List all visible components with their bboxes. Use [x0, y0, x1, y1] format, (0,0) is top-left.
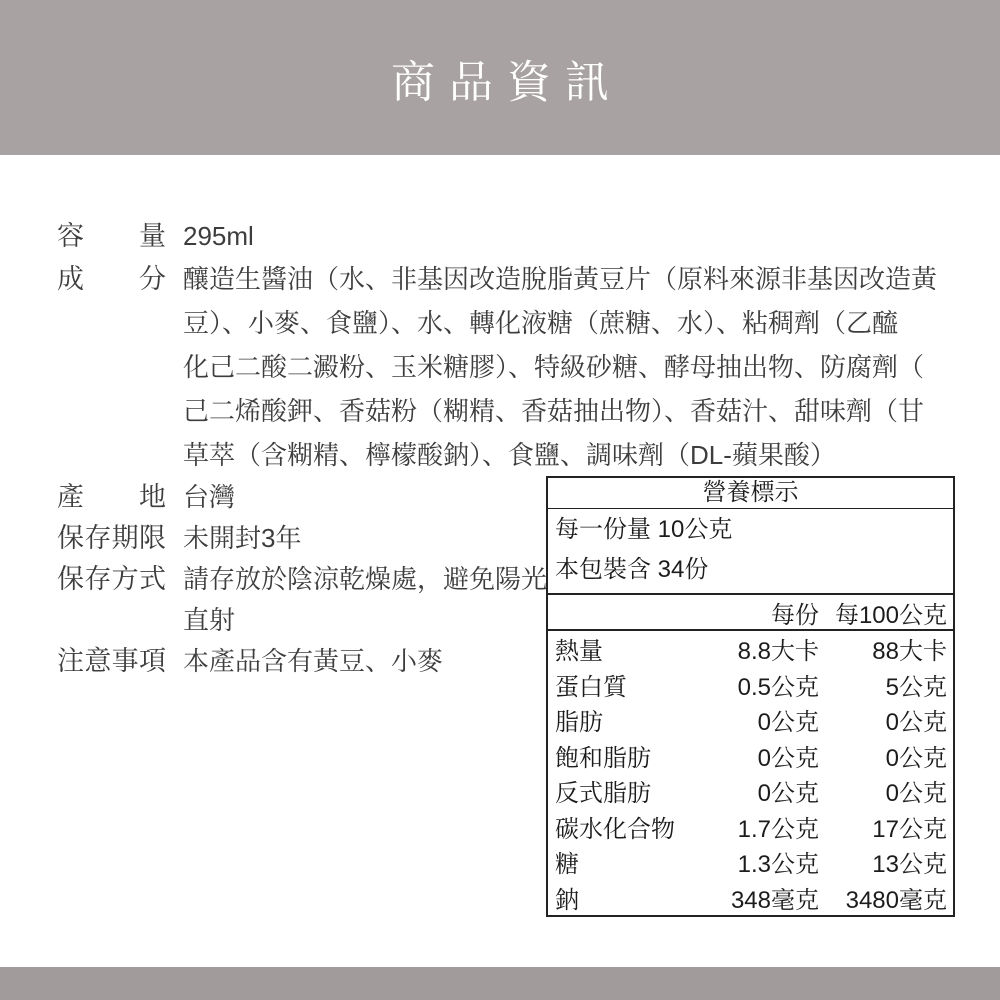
header-banner: 商品資訊 [0, 0, 1000, 155]
detail-row-ingredients: 成分 釀造生醬油（水、非基因改造脫脂黃豆片（原料來源非基因改造黃 豆）、小麥、食… [57, 257, 949, 477]
detail-label: 保存期限 [57, 518, 166, 559]
nutrient-name: 蛋白質 [548, 667, 699, 702]
nutrition-row-saturated-fat: 飽和脂肪 0公克 0公克 [548, 738, 953, 774]
nutrient-per-100g: 3480毫克 [819, 880, 953, 915]
detail-label: 容量 [57, 216, 166, 257]
nutrition-row-protein: 蛋白質 0.5公克 5公克 [548, 667, 953, 703]
nutrient-per-serving: 0公克 [699, 738, 819, 773]
nutrient-per-100g: 0公克 [819, 702, 953, 737]
nutrient-per-serving: 0公克 [699, 702, 819, 737]
nutrient-name: 糖 [548, 844, 699, 879]
detail-row-volume: 容量 295ml [57, 216, 949, 257]
nutrition-row-fat: 脂肪 0公克 0公克 [548, 702, 953, 738]
detail-label: 注意事項 [57, 641, 166, 682]
nutrition-table: 營養標示 每一份量 10公克 本包裝含 34份 每份 每100公克 熱量 8.8… [546, 476, 955, 917]
footer-strip [0, 967, 1000, 1000]
nutrition-row-calories: 熱量 8.8大卡 88大卡 [548, 631, 953, 667]
nutrient-per-100g: 17公克 [819, 809, 953, 844]
nutrition-row-sodium: 鈉 348毫克 3480毫克 [548, 880, 953, 916]
nutrition-table-title: 營養標示 [548, 478, 953, 509]
serving-size: 每一份量 10公克 [555, 510, 947, 550]
page-title: 商品資訊 [377, 46, 623, 110]
nutrient-per-serving: 8.8大卡 [699, 631, 819, 666]
nutrient-per-100g: 0公克 [819, 738, 953, 773]
nutrition-row-sugar: 糖 1.3公克 13公克 [548, 844, 953, 880]
nutrition-row-trans-fat: 反式脂肪 0公克 0公克 [548, 773, 953, 809]
nutrient-per-100g: 0公克 [819, 773, 953, 808]
nutrient-per-100g: 5公克 [819, 667, 953, 702]
nutrient-name: 鈉 [548, 880, 699, 915]
nutrition-serving-info: 每一份量 10公克 本包裝含 34份 [548, 509, 953, 595]
nutrient-name: 脂肪 [548, 702, 699, 737]
nutrient-per-serving: 1.7公克 [699, 809, 819, 844]
nutrient-name: 反式脂肪 [548, 773, 699, 808]
nutrient-name: 熱量 [548, 631, 699, 666]
nutrient-per-100g: 13公克 [819, 844, 953, 879]
servings-per-pack: 本包裝含 34份 [555, 550, 947, 590]
column-header-per-serving: 每份 [699, 595, 819, 630]
nutrient-per-serving: 0.5公克 [699, 667, 819, 702]
detail-value: 釀造生醬油（水、非基因改造脫脂黃豆片（原料來源非基因改造黃 豆）、小麥、食鹽）、… [183, 257, 949, 477]
nutrient-per-serving: 348毫克 [699, 880, 819, 915]
nutrient-name: 碳水化合物 [548, 809, 699, 844]
nutrition-column-headers: 每份 每100公克 [548, 595, 953, 631]
detail-label: 保存方式 [57, 559, 166, 600]
detail-label: 成分 [57, 257, 166, 301]
column-header-per-100g: 每100公克 [819, 595, 953, 630]
nutrient-name: 飽和脂肪 [548, 738, 699, 773]
nutrient-per-100g: 88大卡 [819, 631, 953, 666]
detail-value: 請存放於陰涼乾燥處，避免陽光 直射 [183, 559, 553, 641]
detail-label: 產地 [57, 477, 166, 518]
detail-value: 295ml [183, 216, 949, 257]
nutrition-row-carbohydrate: 碳水化合物 1.7公克 17公克 [548, 809, 953, 845]
nutrient-per-serving: 1.3公克 [699, 844, 819, 879]
nutrient-per-serving: 0公克 [699, 773, 819, 808]
